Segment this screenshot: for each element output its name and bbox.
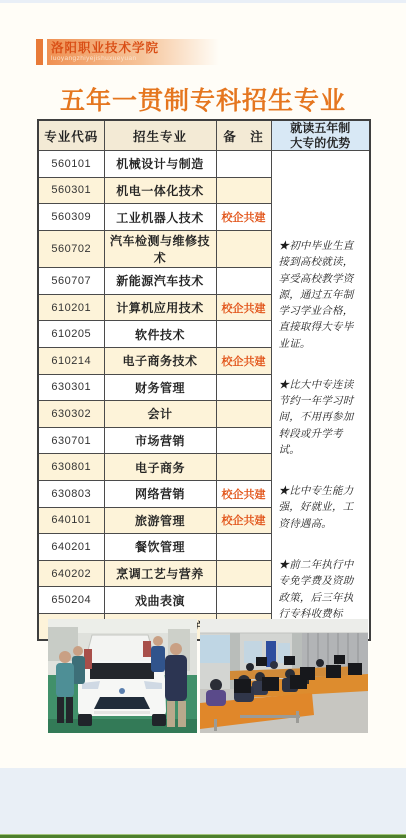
photo-auto-training bbox=[48, 619, 197, 733]
cell-major: 餐饮管理 bbox=[104, 534, 216, 561]
cell-code: 610214 bbox=[38, 347, 104, 374]
cell-note bbox=[216, 401, 271, 428]
cell-note: 校企共建 bbox=[216, 204, 271, 231]
page-title: 五年一贯制专科招生专业 bbox=[0, 81, 406, 117]
logo-accent-bar bbox=[36, 39, 43, 65]
cell-note bbox=[216, 427, 271, 454]
cell-major: 机械设计与制造 bbox=[104, 151, 216, 178]
cell-major: 旅游管理 bbox=[104, 507, 216, 534]
cell-note bbox=[216, 151, 271, 178]
cell-code: 610205 bbox=[38, 321, 104, 348]
cell-code: 610201 bbox=[38, 294, 104, 321]
footer-band bbox=[0, 768, 406, 834]
cell-code: 630302 bbox=[38, 401, 104, 428]
cell-major: 新能源汽车技术 bbox=[104, 268, 216, 295]
cell-code: 560707 bbox=[38, 268, 104, 295]
cell-major: 工业机器人技术 bbox=[104, 204, 216, 231]
brochure-page: 洛阳职业技术学院 luoyangzhiyejishuxueyuan 五年一贯制专… bbox=[0, 0, 406, 838]
cell-major: 电子商务 bbox=[104, 454, 216, 481]
col-header-advantage: 就读五年制 大专的优势 bbox=[271, 120, 370, 151]
cell-major: 计算机应用技术 bbox=[104, 294, 216, 321]
cell-code: 640201 bbox=[38, 534, 104, 561]
cell-major: 软件技术 bbox=[104, 321, 216, 348]
top-strip bbox=[0, 0, 406, 3]
cell-note bbox=[216, 560, 271, 587]
cell-note bbox=[216, 268, 271, 295]
admissions-table: 专业代码 招生专业 备 注 就读五年制 大专的优势 560101 机械设计与制造… bbox=[37, 119, 371, 641]
advantage-paragraph: ★初中毕业生直接到高校就读，享受高校教学资源，通过五年制学习学业合格，直接取得大… bbox=[279, 239, 365, 353]
cell-major: 烹调工艺与营养 bbox=[104, 560, 216, 587]
cell-code: 630301 bbox=[38, 374, 104, 401]
advantage-paragraph: ★比中专生能力强，好就业，工资待遇高。 bbox=[279, 484, 365, 533]
cell-note bbox=[216, 534, 271, 561]
table-header-row: 专业代码 招生专业 备 注 就读五年制 大专的优势 bbox=[38, 120, 370, 151]
college-pinyin: luoyangzhiyejishuxueyuan bbox=[51, 55, 219, 63]
cell-code: 560301 bbox=[38, 177, 104, 204]
cell-note bbox=[216, 230, 271, 267]
cell-note: 校企共建 bbox=[216, 507, 271, 534]
cell-note bbox=[216, 587, 271, 614]
cell-note bbox=[216, 454, 271, 481]
cell-major: 汽车检测与维修技术 bbox=[104, 230, 216, 267]
cell-note: 校企共建 bbox=[216, 480, 271, 507]
cell-code: 560702 bbox=[38, 230, 104, 267]
photo-computer-lab bbox=[200, 619, 368, 733]
cell-major: 市场营销 bbox=[104, 427, 216, 454]
cell-code: 560309 bbox=[38, 204, 104, 231]
cell-code: 640202 bbox=[38, 560, 104, 587]
col-header-code: 专业代码 bbox=[38, 120, 104, 151]
cell-major: 电子商务技术 bbox=[104, 347, 216, 374]
cell-major: 戏曲表演 bbox=[104, 587, 216, 614]
advantage-cell: ★初中毕业生直接到高校就读，享受高校教学资源，通过五年制学习学业合格，直接取得大… bbox=[271, 151, 370, 641]
cell-code: 630803 bbox=[38, 480, 104, 507]
cell-code: 560101 bbox=[38, 151, 104, 178]
cell-code: 630701 bbox=[38, 427, 104, 454]
cell-major: 会计 bbox=[104, 401, 216, 428]
col-header-note: 备 注 bbox=[216, 120, 271, 151]
table-body: 560101 机械设计与制造 ★初中毕业生直接到高校就读，享受高校教学资源，通过… bbox=[38, 151, 370, 641]
cell-major: 网络营销 bbox=[104, 480, 216, 507]
cell-note bbox=[216, 374, 271, 401]
cell-note: 校企共建 bbox=[216, 294, 271, 321]
cell-code: 630801 bbox=[38, 454, 104, 481]
advantage-paragraph: ★比大中专连读节约一年学习时间，不用再参加转段或升学考试。 bbox=[279, 378, 365, 459]
table-row: 560101 机械设计与制造 ★初中毕业生直接到高校就读，享受高校教学资源，通过… bbox=[38, 151, 370, 178]
cell-note bbox=[216, 321, 271, 348]
cell-major: 财务管理 bbox=[104, 374, 216, 401]
cell-code: 650204 bbox=[38, 587, 104, 614]
cell-code: 640101 bbox=[38, 507, 104, 534]
cell-note: 校企共建 bbox=[216, 347, 271, 374]
college-name: 洛阳职业技术学院 bbox=[51, 39, 219, 55]
auto-training-illustration bbox=[48, 619, 197, 733]
computer-lab-illustration bbox=[200, 619, 368, 733]
cell-major: 机电一体化技术 bbox=[104, 177, 216, 204]
logo-band: 洛阳职业技术学院 luoyangzhiyejishuxueyuan bbox=[47, 39, 219, 65]
cell-note bbox=[216, 177, 271, 204]
col-header-major: 招生专业 bbox=[104, 120, 216, 151]
